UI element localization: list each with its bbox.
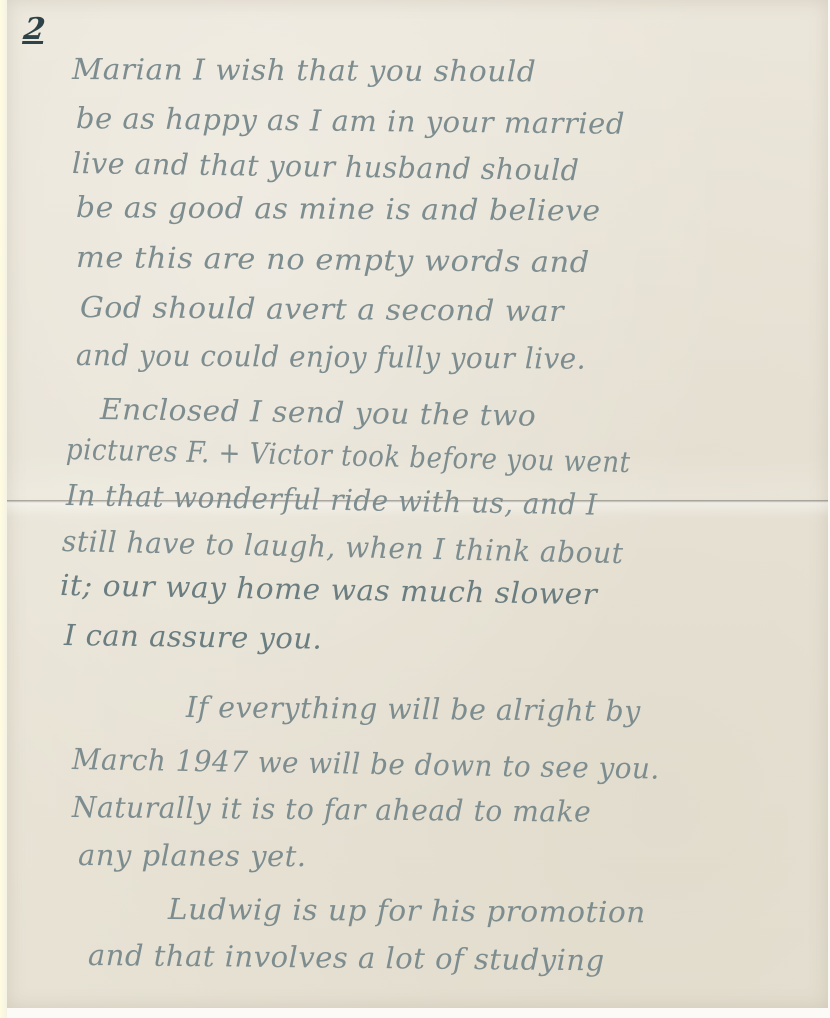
- letter-line-10: In that wonderful ride with us, and I: [66, 478, 598, 522]
- letter-line-17: any planes yet.: [78, 838, 307, 873]
- letter-line-6: God should avert a second war: [80, 290, 564, 328]
- letter-line-3: live and that your husband should: [72, 146, 580, 187]
- letter-body: Marian I wish that you should be as happ…: [0, 0, 830, 1018]
- letter-line-19: and that involves a lot of studying: [88, 938, 605, 977]
- letter-line-2: be as happy as I am in your married: [76, 101, 625, 141]
- letter-line-1: Marian I wish that you should: [72, 52, 536, 88]
- letter-line-5: me this are no empty words and: [76, 240, 590, 279]
- letter-line-11: still have to laugh, when I think about: [62, 524, 624, 570]
- letter-line-7: and you could enjoy fully your live.: [76, 338, 586, 376]
- letter-line-18: Ludwig is up for his promotion: [168, 892, 646, 929]
- letter-line-15: March 1947 we will be down to see you.: [72, 742, 660, 786]
- letter-line-9: pictures F. + Victor took before you wen…: [66, 432, 631, 479]
- letter-line-16: Naturally it is to far ahead to make: [72, 790, 592, 829]
- letter-line-12: it; our way home was much slower: [60, 568, 598, 611]
- letter-line-8: Enclosed I send you the two: [100, 392, 537, 433]
- letter-line-13: I can assure you.: [64, 618, 323, 656]
- scanned-page: 2 Marian I wish that you should be as ha…: [0, 0, 830, 1018]
- letter-line-4: be as good as mine is and believe: [76, 190, 601, 228]
- letter-line-14: If everything will be alright by: [186, 690, 641, 728]
